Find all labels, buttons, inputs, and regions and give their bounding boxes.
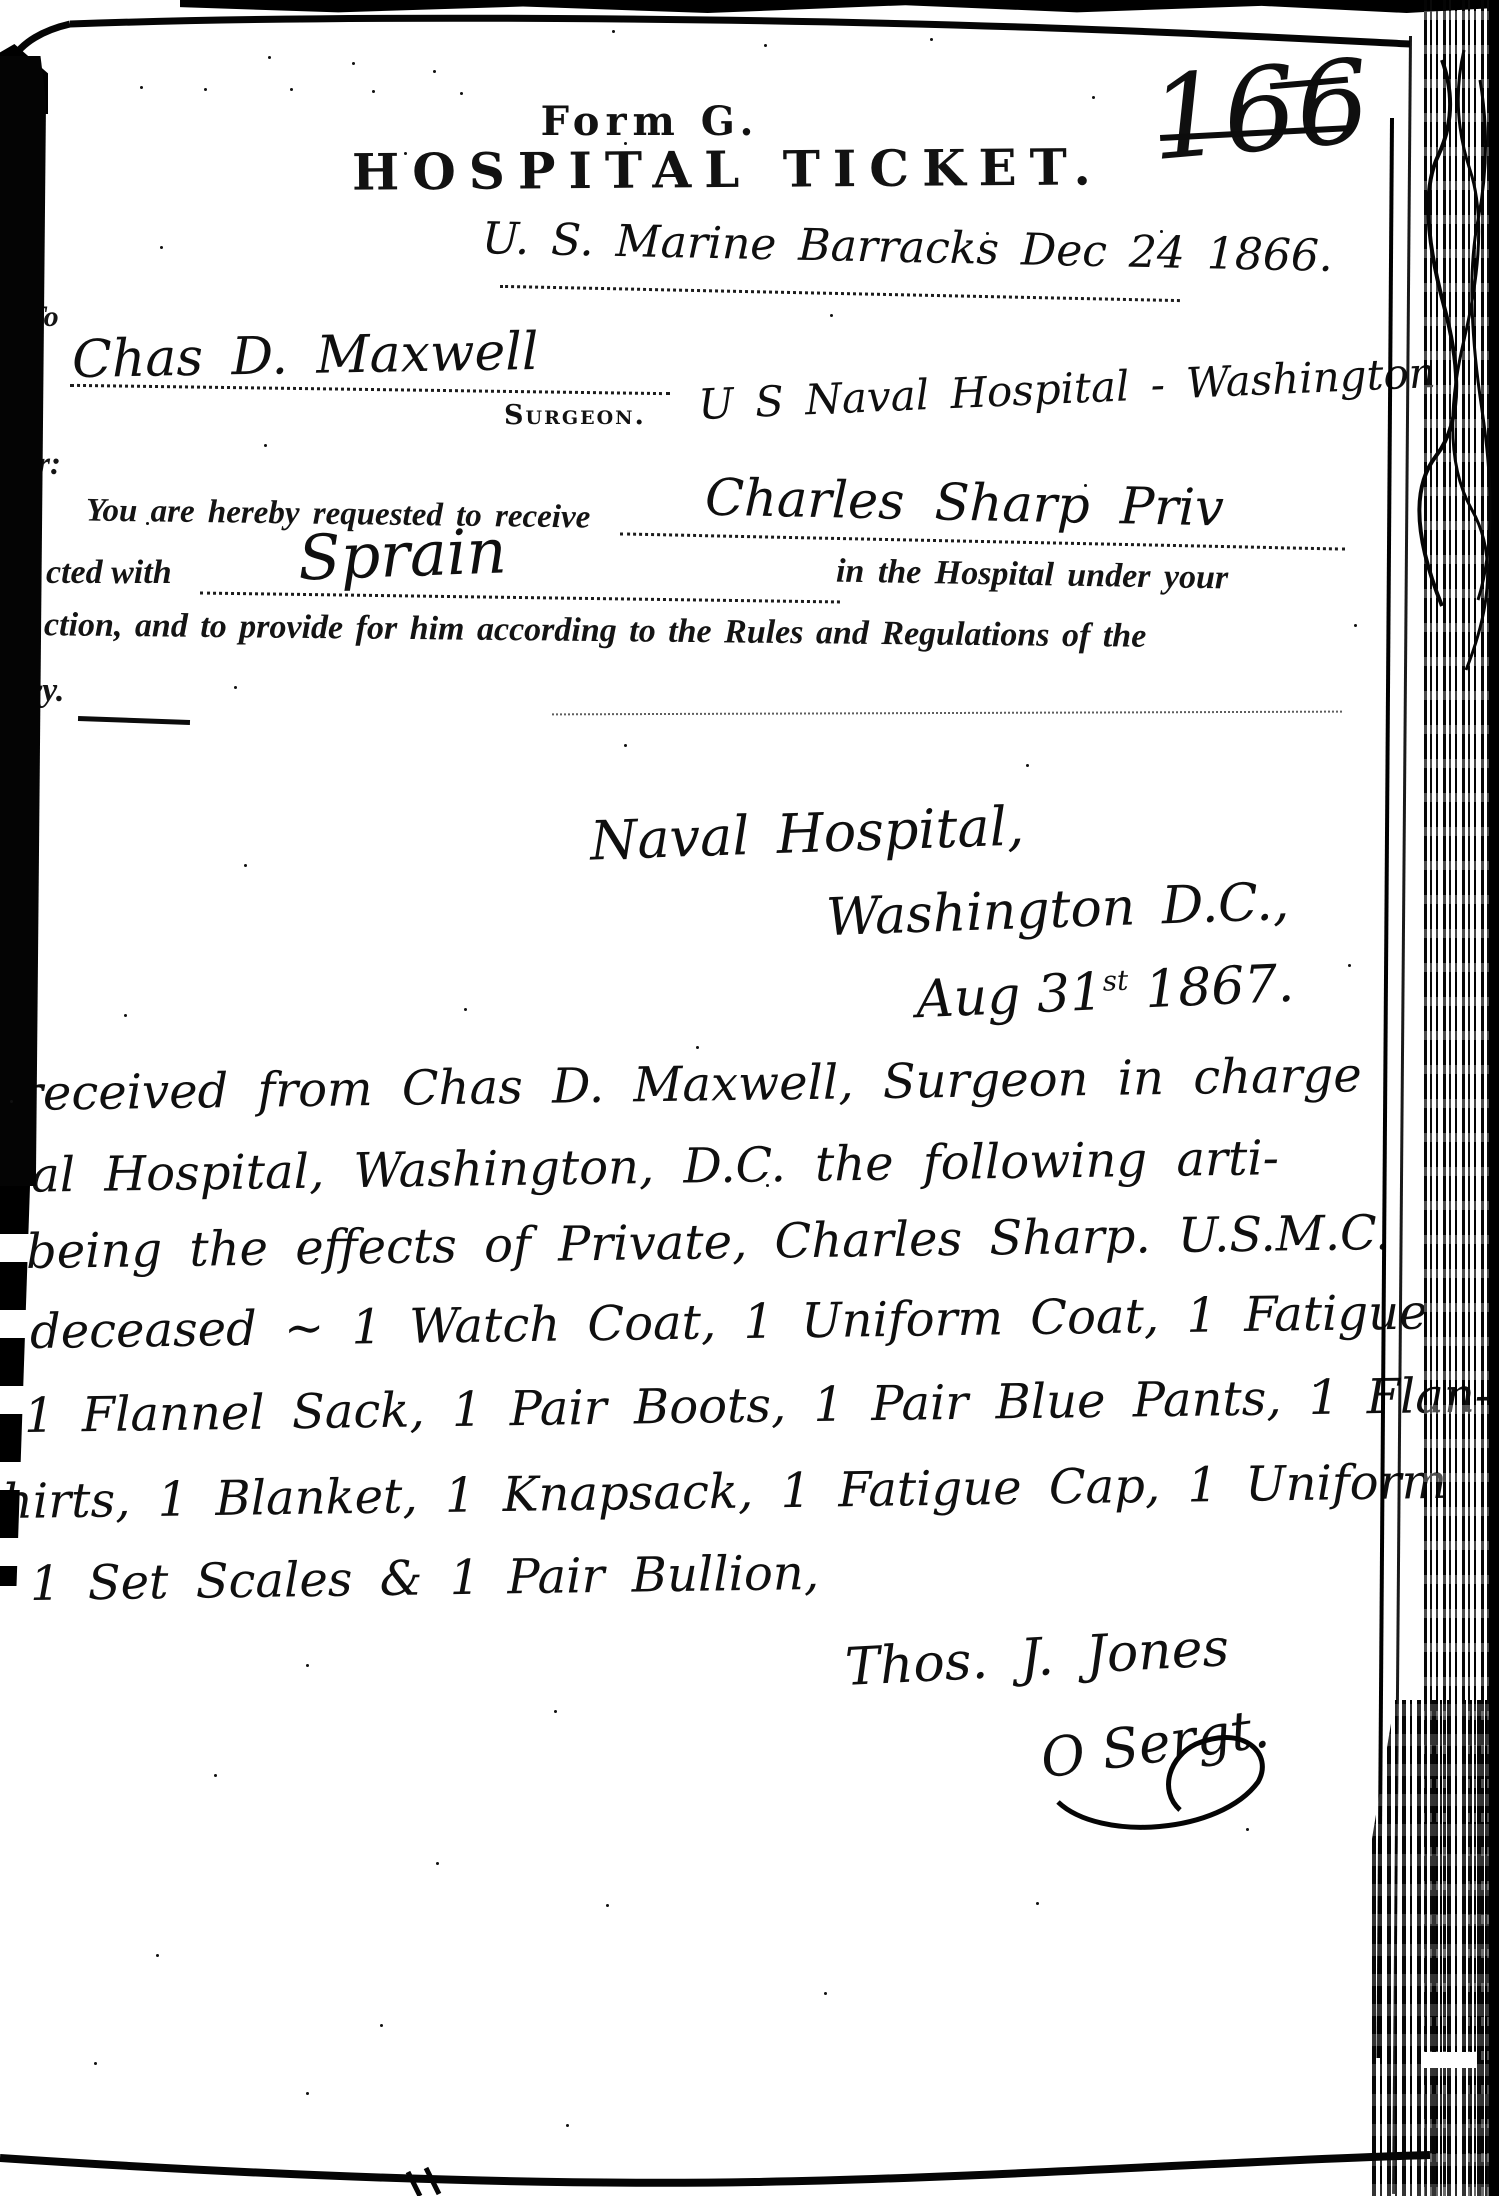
receipt-place-line: Naval Hospital, xyxy=(589,794,1025,872)
form-label: Form G. xyxy=(500,98,800,145)
disease-entry: Sprain xyxy=(297,514,508,594)
receipt-date-day: Aug 31 xyxy=(915,962,1104,1030)
page-bottom-edge-line xyxy=(0,2130,1499,2196)
affected-with-label: cted with xyxy=(46,554,172,592)
form-title: HOSPITAL TICKET. xyxy=(352,137,1104,201)
patient-underline xyxy=(620,532,1345,550)
addressee-underline xyxy=(70,384,670,395)
receipt-body-line: 1 Flannel Sack, 1 Pair Boots, 1 Pair Blu… xyxy=(24,1368,1492,1444)
signature-flourish xyxy=(1030,1706,1330,1856)
scanned-hospital-ticket-page: Form G. HOSPITAL TICKET. 166 U. S. Marin… xyxy=(0,0,1499,2196)
receipt-date-line: Aug 31st 1867. xyxy=(915,954,1295,1030)
receipt-body-line: being the effects of Private, Charles Sh… xyxy=(26,1205,1391,1280)
receipt-body-line: val Hospital, Washington, D.C. the follo… xyxy=(4,1130,1280,1204)
signature-name: Thos. J. Jones xyxy=(844,1618,1231,1698)
disease-underline xyxy=(200,592,840,604)
navy-flourish-dash xyxy=(78,716,190,725)
binding-ink-squiggles xyxy=(1420,50,1499,710)
receipt-date-ordinal: st xyxy=(1102,964,1129,998)
receipt-body-line: hirts, 1 Blanket, 1 Knapsack, 1 Fatigue … xyxy=(2,1454,1448,1530)
direction-line: ction, and to provide for him according … xyxy=(44,606,1147,656)
page-top-edge-line xyxy=(0,0,1499,90)
dateline-underline xyxy=(500,285,1180,302)
tear-rule xyxy=(552,711,1342,716)
addressee-entry: Chas D. Maxwell xyxy=(72,322,539,390)
surgeon-station-entry: U S Naval Hospital - Washington xyxy=(697,348,1436,429)
receipt-date-year: 1867. xyxy=(1127,954,1295,1021)
book-binding-texture-lower xyxy=(1372,1700,1499,2196)
scan-speckle-noise xyxy=(268,56,271,59)
hospital-phrase: in the Hospital under your xyxy=(836,553,1229,598)
scan-left-edge-band xyxy=(0,56,46,1186)
receipt-body-line: 1 Set Scales & 1 Pair Bullion, xyxy=(30,1545,820,1612)
patient-entry: Charles Sharp Priv xyxy=(704,469,1224,539)
binding-white-notch xyxy=(1424,2052,1476,2068)
receipt-body-line: deceased ~ 1 Watch Coat, 1 Uniform Coat,… xyxy=(30,1284,1428,1360)
dateline-entry: U. S. Marine Barracks Dec 24 1866. xyxy=(482,213,1334,282)
receipt-city-line: Washington D.C., xyxy=(825,872,1290,948)
receipt-body-line: received from Chas D. Maxwell, Surgeon i… xyxy=(20,1047,1362,1122)
surgeon-label: Surgeon. xyxy=(504,400,646,431)
